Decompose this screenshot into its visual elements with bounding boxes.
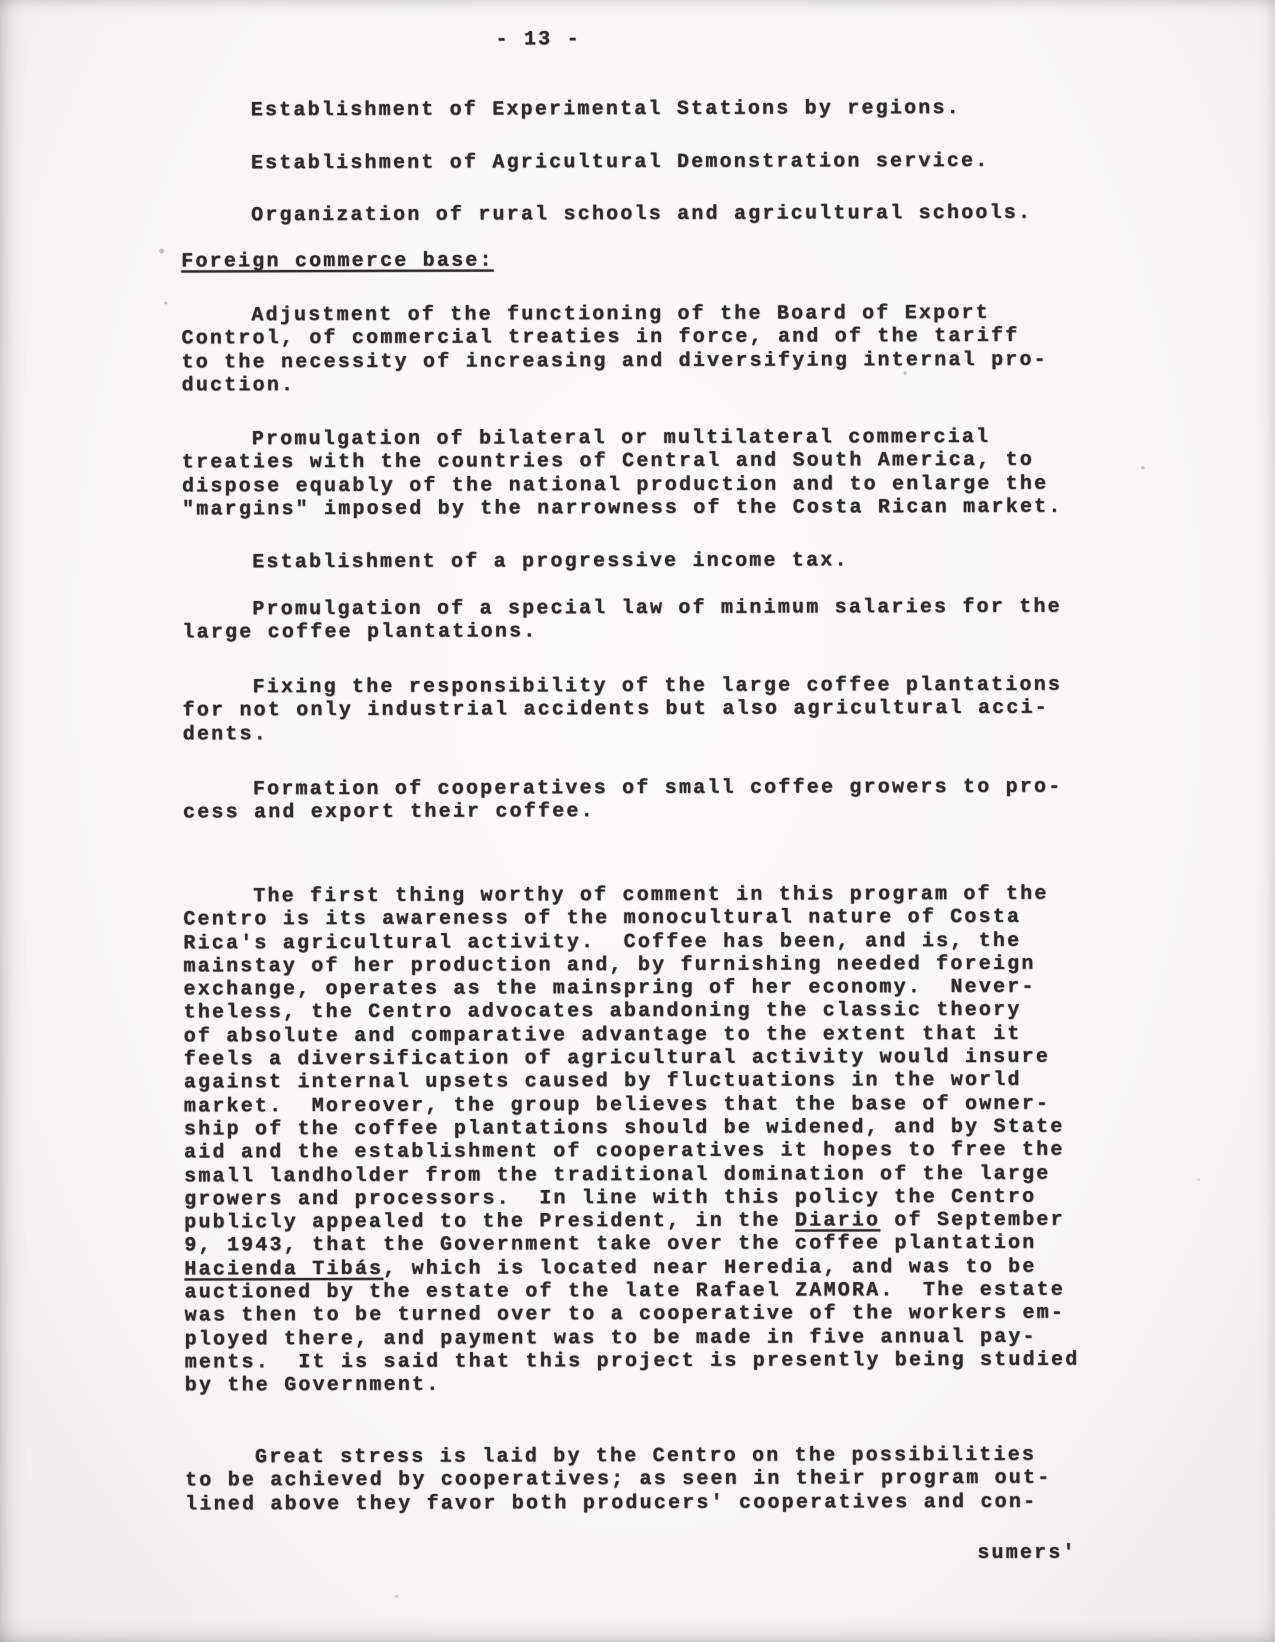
page-number: - 13 - [496,28,696,52]
list-item-income-tax: Establishment of a progressive income ta… [182,549,1110,575]
scan-speck [1197,1178,1200,1181]
paragraph-responsibility-accidents: Fixing the responsibility of the large c… [183,674,1111,747]
catchword-continuation: sumers' [977,1541,1197,1565]
paragraph-great-stress-cooperatives: Great stress is laid by the Centro on th… [185,1444,1113,1517]
paragraph-board-of-export: Adjustment of the functioning of the Boa… [181,302,1109,398]
paragraph-commercial-treaties: Promulgation of bilateral or multilatera… [182,426,1110,522]
list-item-agricultural-demonstration: Establishment of Agricultural Demonstrat… [181,150,1109,176]
paragraph-cooperatives-formation: Formation of cooperatives of small coffe… [183,776,1111,826]
scan-speck [1141,466,1145,469]
scan-speck [159,248,164,253]
typewritten-content: - 13 - Establishment of Experimental Sta… [0,0,1275,1642]
scan-speck [904,371,907,375]
scan-speck [394,1595,398,1598]
section-heading-foreign-commerce: Foreign commerce base: [181,248,1109,274]
paragraph-minimum-salaries: Promulgation of a special law of minimum… [182,596,1110,646]
list-item-experimental-stations: Establishment of Experimental Stations b… [181,97,1109,123]
list-item-rural-schools: Organization of rural schools and agricu… [181,202,1109,228]
scanned-document-page: - 13 - Establishment of Experimental Sta… [0,0,1275,1642]
paragraph-centro-commentary: The first thing worthy of comment in thi… [183,883,1113,1398]
scan-speck [164,301,167,304]
